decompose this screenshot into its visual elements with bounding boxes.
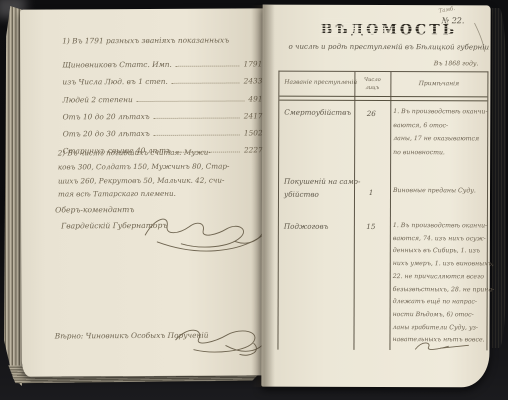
left-page-paragraph: 2) Въ числѣ погибшихъ считая: Мужи- ковъ… [58, 145, 266, 201]
note-line: ваются, 74. изъ нихъ осуж- [393, 233, 485, 246]
offense-name-line: Покушеній на само- [284, 175, 360, 188]
list-item-text: Людей 2 степени [62, 95, 132, 104]
closing-title-line: Оберъ-комендантъ [55, 205, 134, 214]
paragraph-line: шихъ 260, Рекрутовъ 50, Мальчик. 42, счи… [58, 173, 266, 188]
list-intro-line: 1) Въ 1791 разныхъ званіяхъ показанныхъ [62, 35, 262, 52]
note-line: длежатъ ещё по напрас- [393, 296, 485, 309]
table-header-rule [279, 96, 487, 98]
archive-scan-spread: 1) Въ 1791 разныхъ званіяхъ показанныхъ … [0, 0, 508, 400]
offense-note: 1. Въ производствѣ оканчи- ваются, 6 ото… [393, 105, 485, 160]
column-header-count: Число лицъ [355, 76, 389, 92]
page-stack-edge-left [4, 6, 22, 386]
note-line: денныхъ въ Сибирь, 1. изъ [393, 245, 485, 258]
right-page: Тамб. № 22. ВѢДОМОСТЬ о числѣ и родѣ пре… [261, 5, 490, 388]
offenses-table: Названіе преступленій Число лицъ Примѣча… [277, 71, 488, 351]
note-line: 1. Въ производствѣ оканчи- [393, 105, 485, 119]
list-item: Людей 2 степени 491 [62, 86, 262, 104]
offense-name: Покушеній на само- убійство [284, 175, 360, 201]
note-line: по виновности. [393, 146, 485, 160]
list-item: Щиновниковъ Статс. Имп. 1791 [62, 51, 262, 69]
note-line: безызвѣстныхъ, 28. не прина- [393, 284, 485, 297]
certification-signature-flourish [170, 321, 270, 360]
offense-count: 26 [355, 109, 387, 118]
column-header-count-line: лицъ [355, 84, 389, 92]
column-header-count-line: Число [355, 76, 389, 84]
list-item-value: 1791 [243, 60, 262, 69]
closed-pages-edge-right [492, 8, 506, 348]
paragraph-line: тая всѣ Татарскаго племени. [58, 187, 266, 202]
offense-count: 15 [355, 222, 387, 231]
paragraph-line: 2) Въ числѣ погибшихъ считая: Мужи- [58, 145, 266, 160]
left-page-list: 1) Въ 1791 разныхъ званіяхъ показанныхъ … [62, 35, 263, 155]
list-item: Отъ 10 до 20 лѣтахъ 2417 [63, 103, 263, 121]
offense-count: 1 [355, 188, 387, 197]
offense-name-line: убійство [284, 188, 360, 201]
table-column-divider [389, 72, 391, 350]
dotted-leader [172, 83, 240, 84]
list-item-value: 1502 [244, 128, 263, 137]
offense-note: Виновные преданы Суду. [393, 184, 485, 198]
offense-name: Смертоубійствъ [284, 108, 351, 117]
note-line: нихъ умеръ, 1. изъ виновныхъ, [393, 258, 485, 271]
note-line: Виновные преданы Суду. [393, 184, 485, 198]
dotted-leader [137, 100, 245, 102]
note-line: ланы грабители Суду, уз- [393, 322, 485, 335]
note-line: 22. не причисляются всего [393, 271, 485, 284]
offense-name: Поджоговъ [284, 222, 329, 231]
note-line: ланы, 17 не оказываются [393, 132, 485, 146]
list-item-text: Отъ 10 до 20 лѣтахъ [63, 112, 150, 121]
corner-archive-mark: Тамб. [438, 6, 455, 15]
note-line: 1. Въ производствѣ оканчи- [393, 220, 485, 233]
dotted-leader [154, 134, 240, 135]
note-line: ности Вѣдомъ, 6) отос- [393, 309, 485, 322]
list-item-value: 2433 [244, 77, 263, 86]
list-item-value: 491 [248, 94, 262, 103]
list-item-value: 2417 [244, 111, 263, 120]
column-header-offense: Названіе преступленій [284, 80, 357, 86]
list-item: изъ Числа Люд. въ 1 степ. 2433 [62, 69, 262, 87]
dotted-leader [176, 66, 240, 67]
list-item-text: Отъ 20 до 30 лѣтахъ [63, 129, 150, 138]
dotted-leader [154, 117, 240, 118]
list-item-text: изъ Числа Люд. въ 1 степ. [62, 77, 168, 87]
note-signature-flourish [410, 338, 472, 354]
signature-flourish [139, 208, 267, 255]
register-date-line: Въ 1868 году. [380, 60, 478, 67]
register-title-wrap: ВѢДОМОСТЬ [321, 19, 455, 37]
list-item: Отъ 20 до 30 лѣтахъ 1502 [63, 120, 263, 138]
register-title: ВѢДОМОСТЬ [321, 22, 458, 38]
offense-note: 1. Въ производствѣ оканчи- ваются, 74. и… [392, 220, 484, 347]
register-subtitle: о числѣ и родѣ преступленій въ Бѣлицкой … [289, 42, 489, 52]
column-header-notes: Примѣчанія [391, 80, 486, 87]
note-line: ваются, 6 отос- [393, 119, 485, 133]
paragraph-line: ковъ 300, Солдатъ 150, Мужчинъ 80, Стар- [58, 159, 266, 174]
left-page: 1) Въ 1791 разныхъ званіяхъ показанныхъ … [20, 8, 265, 376]
list-item-text: Щиновниковъ Статс. Имп. [62, 60, 172, 70]
table-header-rule [279, 99, 487, 101]
